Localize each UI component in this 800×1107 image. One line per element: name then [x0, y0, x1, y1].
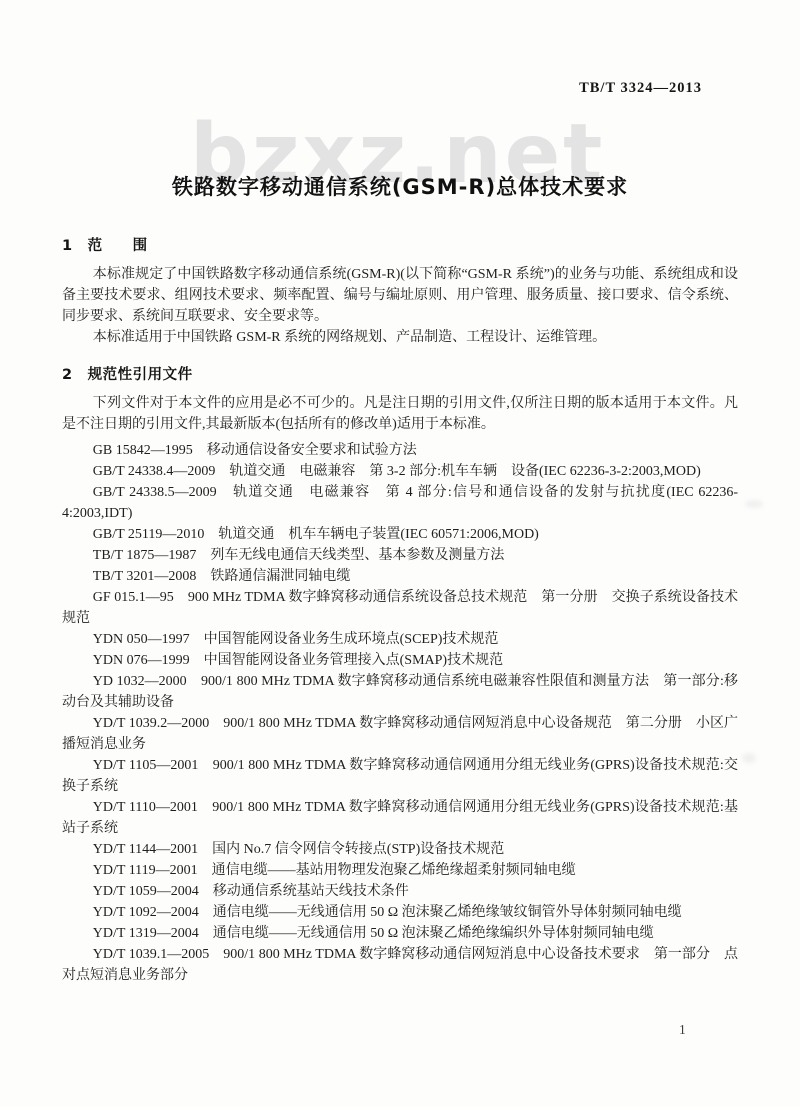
- reference-item: GB 15842—1995 移动通信设备安全要求和试验方法: [62, 440, 738, 461]
- scan-smudge: [742, 753, 756, 763]
- reference-item: YD/T 1092—2004 通信电缆——无线通信用 50 Ω 泡沫聚乙烯绝缘皱…: [62, 902, 738, 923]
- document-title: 铁路数字移动通信系统(GSM-R)总体技术要求: [0, 171, 800, 201]
- normative-references-list: GB 15842—1995 移动通信设备安全要求和试验方法GB/T 24338.…: [62, 440, 738, 986]
- reference-item: GB/T 25119—2010 轨道交通 机车车辆电子装置(IEC 60571:…: [62, 524, 738, 545]
- reference-item: YD/T 1039.1—2005 900/1 800 MHz TDMA 数字蜂窝…: [62, 944, 738, 986]
- page-number: 1: [679, 1022, 686, 1038]
- reference-item: YD 1032—2000 900/1 800 MHz TDMA 数字蜂窝移动通信…: [62, 671, 738, 713]
- reference-item: TB/T 3201—2008 铁路通信漏泄同轴电缆: [62, 566, 738, 587]
- document-page: TB/T 3324—2013 bzxz.net 铁路数字移动通信系统(GSM-R…: [0, 0, 800, 1107]
- reference-item: YD/T 1119—2001 通信电缆——基站用物理发泡聚乙烯绝缘超柔射频同轴电…: [62, 860, 738, 881]
- reference-item: YDN 050—1997 中国智能网设备业务生成环境点(SCEP)技术规范: [62, 629, 738, 650]
- reference-item: YDN 076—1999 中国智能网设备业务管理接入点(SMAP)技术规范: [62, 650, 738, 671]
- section-2-heading: 2 规范性引用文件: [62, 363, 738, 384]
- reference-item: GB/T 24338.5—2009 轨道交通 电磁兼容 第 4 部分:信号和通信…: [62, 482, 738, 524]
- reference-item: GB/T 24338.4—2009 轨道交通 电磁兼容 第 3-2 部分:机车车…: [62, 461, 738, 482]
- paragraph: 本标准规定了中国铁路数字移动通信系统(GSM-R)(以下简称“GSM-R 系统”…: [62, 264, 738, 327]
- reference-item: YD/T 1105—2001 900/1 800 MHz TDMA 数字蜂窝移动…: [62, 755, 738, 797]
- section-2-intro: 下列文件对于本文件的应用是必不可少的。凡是注日期的引用文件,仅所注日期的版本适用…: [62, 393, 738, 435]
- document-body: 1 范 围 本标准规定了中国铁路数字移动通信系统(GSM-R)(以下简称“GSM…: [62, 234, 738, 986]
- reference-item: YD/T 1319—2004 通信电缆——无线通信用 50 Ω 泡沫聚乙烯绝缘编…: [62, 923, 738, 944]
- paragraph: 本标准适用于中国铁路 GSM-R 系统的网络规划、产品制造、工程设计、运维管理。: [62, 327, 738, 348]
- reference-item: YD/T 1144—2001 国内 No.7 信令网信令转接点(STP)设备技术…: [62, 839, 738, 860]
- reference-item: YD/T 1110—2001 900/1 800 MHz TDMA 数字蜂窝移动…: [62, 797, 738, 839]
- standard-number: TB/T 3324—2013: [579, 80, 702, 97]
- reference-item: YD/T 1059—2004 移动通信系统基站天线技术条件: [62, 881, 738, 902]
- reference-item: GF 015.1—95 900 MHz TDMA 数字蜂窝移动通信系统设备总技术…: [62, 587, 738, 629]
- section-1-paragraphs: 本标准规定了中国铁路数字移动通信系统(GSM-R)(以下简称“GSM-R 系统”…: [62, 264, 738, 348]
- scan-smudge: [745, 500, 763, 508]
- section-1-heading: 1 范 围: [62, 234, 738, 255]
- reference-item: YD/T 1039.2—2000 900/1 800 MHz TDMA 数字蜂窝…: [62, 713, 738, 755]
- reference-item: TB/T 1875—1987 列车无线电通信天线类型、基本参数及测量方法: [62, 545, 738, 566]
